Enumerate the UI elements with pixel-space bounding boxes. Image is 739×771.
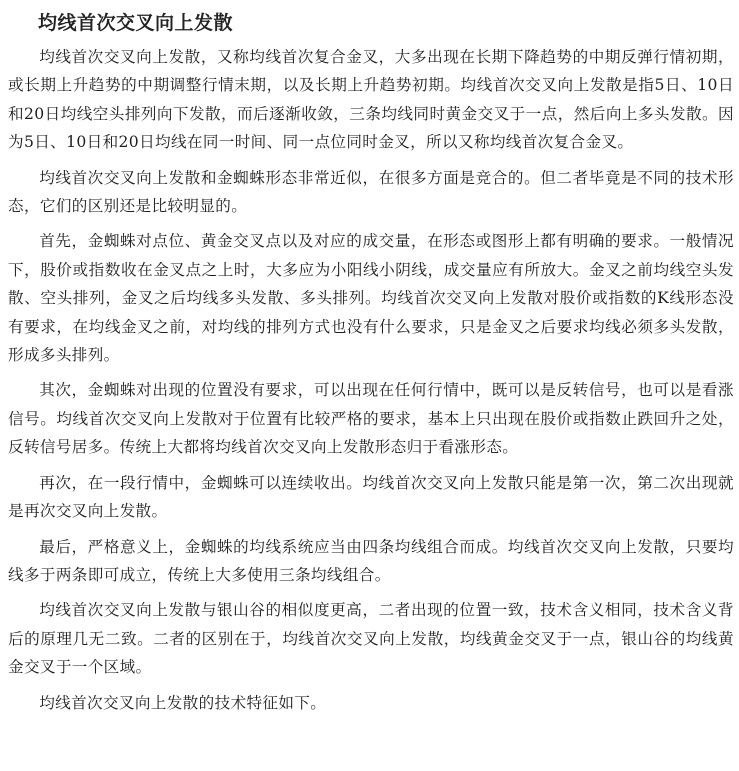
paragraph-silver-valley: 均线首次交叉向上发散与银山谷的相似度更高，二者出现的位置一致，技术含义相同，技术… <box>8 596 734 681</box>
section-title: 均线首次交叉向上发散 <box>38 9 734 37</box>
body-text: 均线首次交叉向上发散，又称均线首次复合金叉，大多出现在长期下降趋势的中期反弹行情… <box>8 43 734 717</box>
paragraph-definition: 均线首次交叉向上发散，又称均线首次复合金叉，大多出现在长期下降趋势的中期反弹行情… <box>8 43 734 157</box>
paragraph-difference-second: 其次，金蜘蛛对出现的位置没有要求，可以出现在任何行情中，既可以是反转信号，也可以… <box>8 376 734 461</box>
document-page: 均线首次交叉向上发散 均线首次交叉向上发散，又称均线首次复合金叉，大多出现在长期… <box>8 0 734 724</box>
paragraph-difference-last: 最后，严格意义上，金蜘蛛的均线系统应当由四条均线组合而成。均线首次交叉向上发散，… <box>8 533 734 590</box>
paragraph-difference-third: 再次，在一段行情中，金蜘蛛可以连续收出。均线首次交叉向上发散只能是第一次，第二次… <box>8 469 734 526</box>
paragraph-difference-first: 首先，金蜘蛛对点位、黄金交叉点以及对应的成交量，在形态或图形上都有明确的要求。一… <box>8 227 734 369</box>
paragraph-comparison-intro: 均线首次交叉向上发散和金蜘蛛形态非常近似，在很多方面是竞合的。但二者毕竟是不同的… <box>8 164 734 221</box>
paragraph-features-intro: 均线首次交叉向上发散的技术特征如下。 <box>8 689 734 717</box>
